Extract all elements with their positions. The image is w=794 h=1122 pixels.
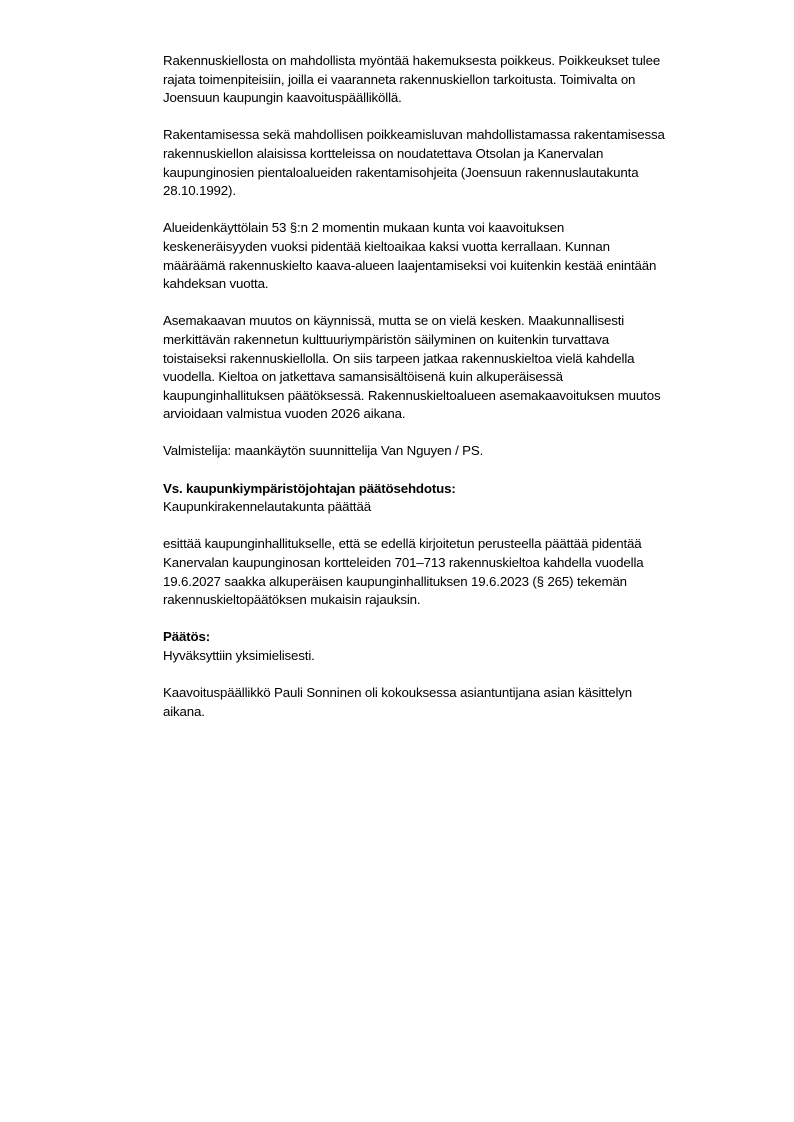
proposal-heading: Vs. kaupunkiympäristöjohtajan päätösehdo… xyxy=(163,480,763,499)
paragraph-legal-basis: Alueidenkäyttölain 53 §:n 2 momentin muk… xyxy=(163,219,763,293)
text-line: kahdeksan vuotta. xyxy=(163,275,763,294)
text-line: merkittävän rakennetun kulttuuriympärist… xyxy=(163,331,763,350)
decision-text: Hyväksyttiin yksimielisesti. xyxy=(163,647,763,666)
text-line: määräämä rakennuskielto kaava-alueen laa… xyxy=(163,257,763,276)
text-line: kaupunginosien pientaloalueiden rakentam… xyxy=(163,164,763,183)
proposal-section: Vs. kaupunkiympäristöjohtajan päätösehdo… xyxy=(163,480,763,517)
text-line: Kanervalan kaupunginosan kortteleiden 70… xyxy=(163,554,763,573)
text-line: vuodella. Kieltoa on jatkettava samansis… xyxy=(163,368,763,387)
document-page: Rakennuskiellosta on mahdollista myöntää… xyxy=(163,52,763,721)
text-line: arvioidaan valmistua vuoden 2026 aikana. xyxy=(163,405,763,424)
text-line: rakennuskiellon alaisissa kortteleissa o… xyxy=(163,145,763,164)
text-line: toistaiseksi rakennuskiellolla. On siis … xyxy=(163,350,763,369)
text-line: rakennuskieltopäätöksen mukaisin rajauks… xyxy=(163,591,763,610)
text-line: Rakennuskiellosta on mahdollista myöntää… xyxy=(163,52,763,71)
closing-paragraph: Kaavoituspäällikkö Pauli Sonninen oli ko… xyxy=(163,684,763,721)
text-line: keskeneräisyyden vuoksi pidentää kieltoa… xyxy=(163,238,763,257)
text-line: rajata toimenpiteisiin, joilla ei vaaran… xyxy=(163,71,763,90)
proposal-body: esittää kaupunginhallitukselle, että se … xyxy=(163,535,763,609)
decision-section: Päätös: Hyväksyttiin yksimielisesti. xyxy=(163,628,763,665)
text-line: 28.10.1992). xyxy=(163,182,763,201)
text-line: esittää kaupunginhallitukselle, että se … xyxy=(163,535,763,554)
text-line: Asemakaavan muutos on käynnissä, mutta s… xyxy=(163,312,763,331)
text-line: Joensuun kaupungin kaavoituspäälliköllä. xyxy=(163,89,763,108)
paragraph-preparer: Valmistelija: maankäytön suunnittelija V… xyxy=(163,442,763,461)
text-line: Kaavoituspäällikkö Pauli Sonninen oli ko… xyxy=(163,684,763,703)
text-line: Rakentamisessa sekä mahdollisen poikkeam… xyxy=(163,126,763,145)
paragraph-exemption: Rakennuskiellosta on mahdollista myöntää… xyxy=(163,52,763,108)
paragraph-building-guidelines: Rakentamisessa sekä mahdollisen poikkeam… xyxy=(163,126,763,200)
paragraph-justification: Asemakaavan muutos on käynnissä, mutta s… xyxy=(163,312,763,424)
text-line: Valmistelija: maankäytön suunnittelija V… xyxy=(163,442,763,461)
decision-heading: Päätös: xyxy=(163,628,763,647)
text-line: Alueidenkäyttölain 53 §:n 2 momentin muk… xyxy=(163,219,763,238)
text-line: aikana. xyxy=(163,703,763,722)
text-line: 19.6.2027 saakka alkuperäisen kaupunginh… xyxy=(163,573,763,592)
proposal-intro: Kaupunkirakennelautakunta päättää xyxy=(163,498,763,517)
text-line: kaupunginhallituksen päätöksessä. Rakenn… xyxy=(163,387,763,406)
